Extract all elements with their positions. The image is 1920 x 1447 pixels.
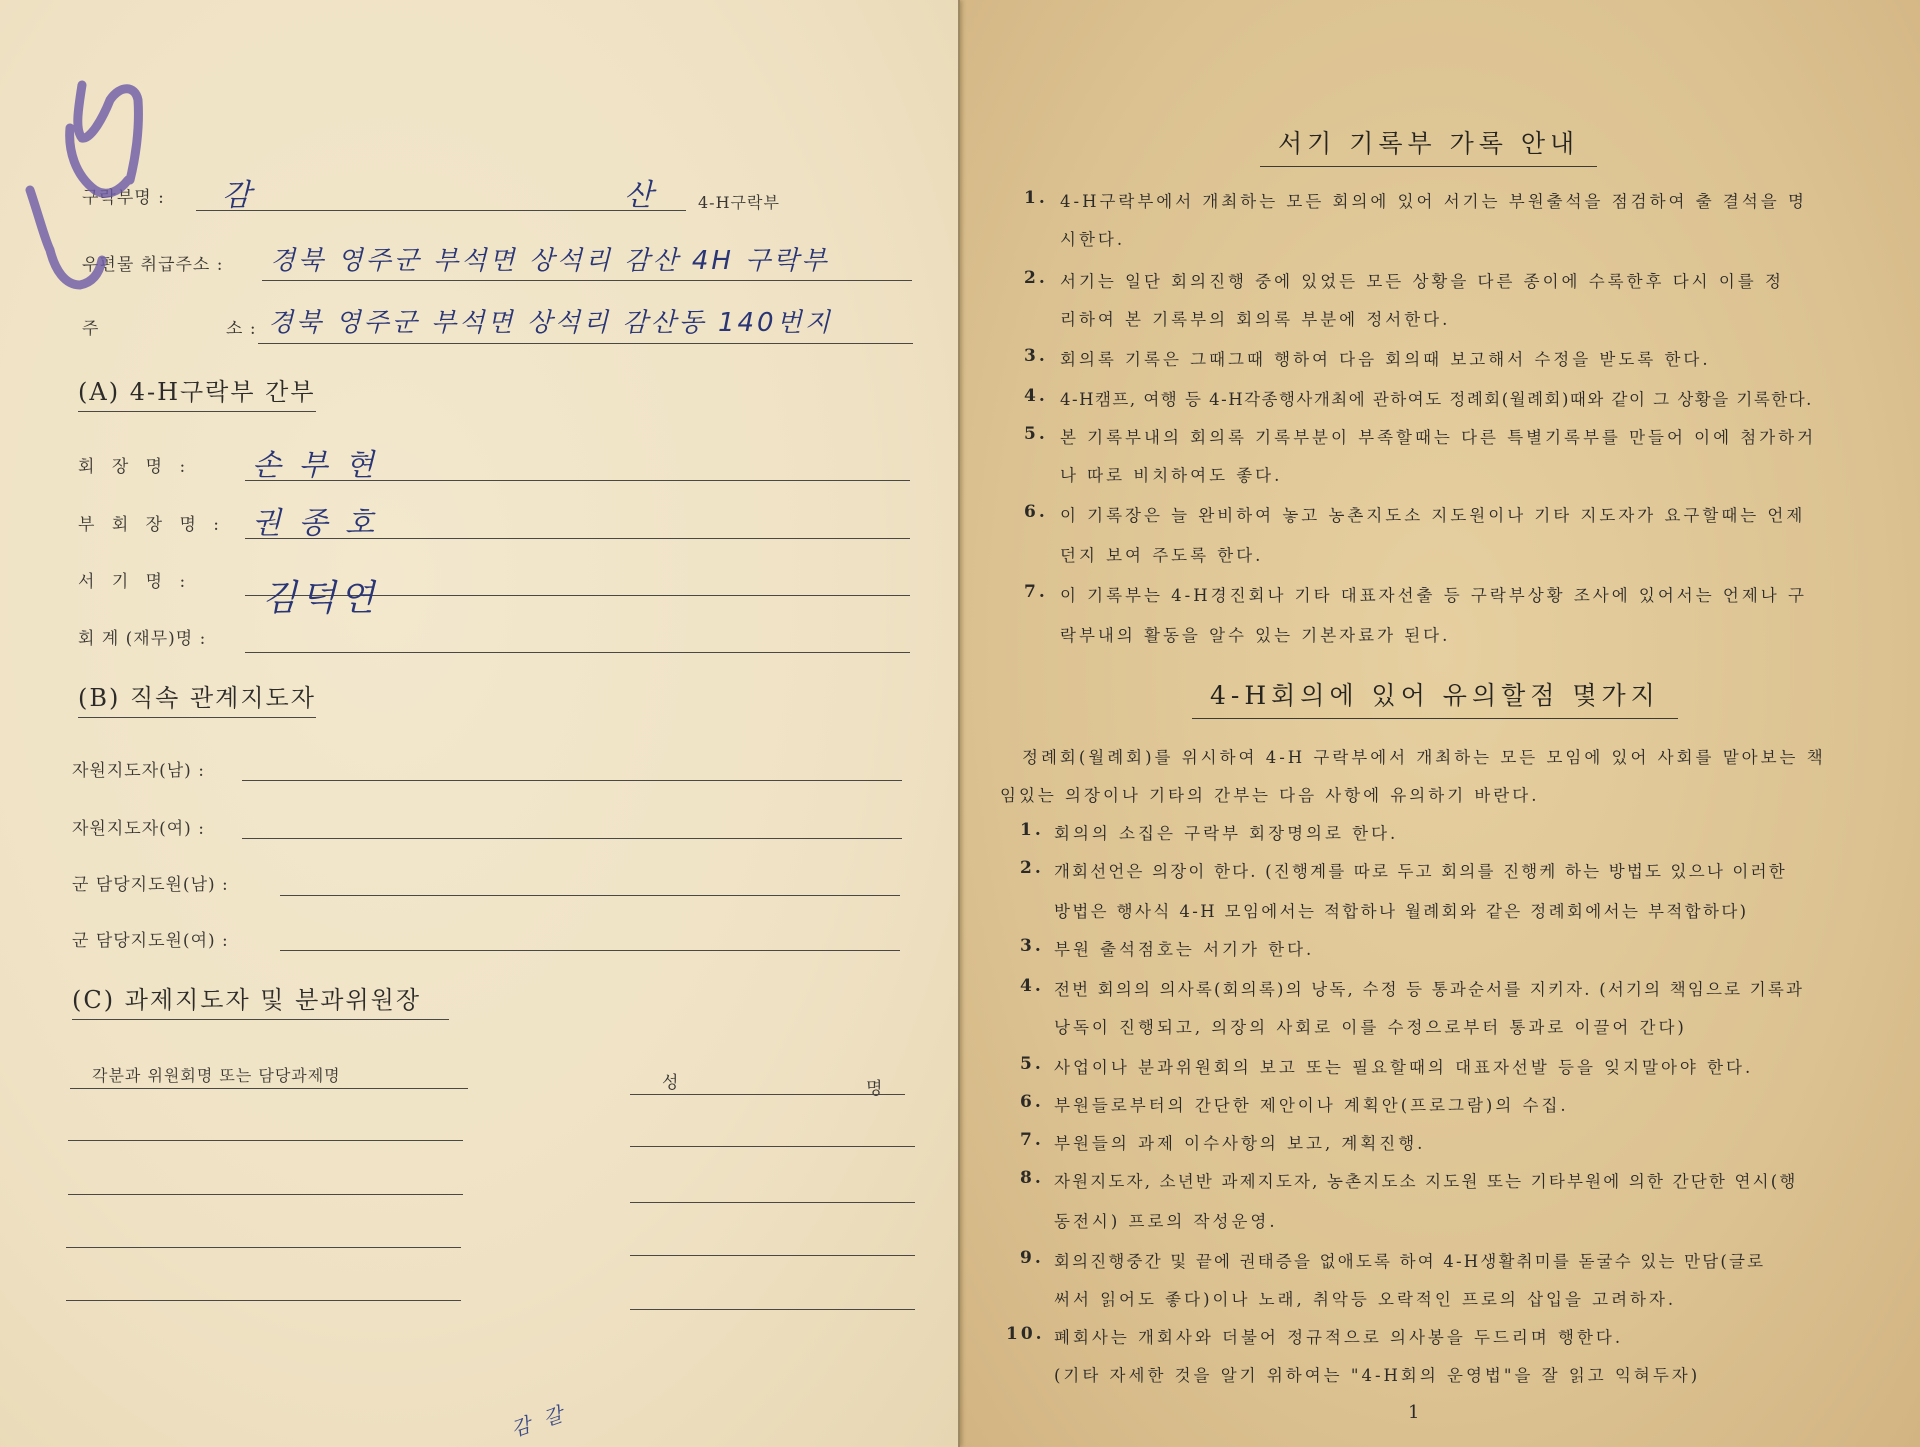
vice-president-label: 부 회 장 명 :	[78, 510, 225, 535]
note-5-num: 5.	[1020, 1054, 1044, 1074]
note-9-num: 9.	[1020, 1248, 1044, 1268]
volunteer-leader-female-underline[interactable]	[242, 838, 902, 839]
county-advisor-female-underline[interactable]	[280, 950, 900, 951]
notes-intro-line-2: 임있는 의장이나 기타의 간부는 다음 사항에 유의하기 바란다.	[1000, 782, 1539, 806]
secretary-value[interactable]: 김덕연	[262, 570, 378, 621]
mailing-address-value[interactable]: 경북 영주군 부석면 상석리 감산 4H 구락부	[270, 240, 830, 277]
guide-item-4-num: 4.	[1024, 386, 1048, 406]
task-row-3-line[interactable]	[66, 1247, 461, 1248]
note-6-num: 6.	[1020, 1092, 1044, 1112]
name-column-header-b: 명	[866, 1074, 883, 1099]
club-name-value-end[interactable]: 산	[624, 170, 657, 214]
task-column-header: 각분과 위원회명 또는 담당과제명	[92, 1063, 341, 1086]
note-4-num: 4.	[1020, 976, 1044, 996]
purple-crayon-mark-icon	[20, 40, 160, 300]
note-2-num: 2.	[1020, 858, 1044, 878]
guide-item-3-num: 3.	[1024, 346, 1048, 366]
address-label-a: 주	[82, 314, 99, 339]
guide-item-6-num: 6.	[1024, 502, 1048, 522]
guide-item-2-num: 2.	[1024, 268, 1048, 288]
address-label-b: 소 :	[226, 314, 257, 339]
volunteer-leader-male-label: 자원지도자(남) :	[72, 756, 205, 781]
guide-item-6-line-1: 이 기록장은 늘 완비하여 놓고 농촌지도소 지도원이나 기타 지도자가 요구할…	[1060, 502, 1805, 526]
club-name-suffix: 4-H구락부	[698, 190, 780, 213]
note-3-line-1: 부원 출석점호는 서기가 한다.	[1054, 936, 1314, 960]
guide-item-5-line-2: 나 따로 비치하여도 좋다.	[1060, 462, 1282, 486]
note-1-num: 1.	[1020, 820, 1044, 840]
county-advisor-male-label: 군 담당지도원(남) :	[72, 870, 229, 895]
guide-item-1-line-1: 4-H구락부에서 개최하는 모든 회의에 있어 서기는 부원출석을 점검하여 출…	[1060, 188, 1807, 212]
note-9-line-2: 써서 읽어도 좋다)이나 노래, 취악등 오락적인 프로의 삽입을 고려하자.	[1054, 1286, 1676, 1310]
bottom-handwritten-note: 감 갈	[507, 1397, 570, 1442]
name-row-3-line[interactable]	[630, 1255, 915, 1256]
treasurer-label: 회 계 (재무)명 :	[78, 624, 206, 649]
name-row-2-line[interactable]	[630, 1202, 915, 1203]
name-row-1-line[interactable]	[630, 1146, 915, 1147]
president-value[interactable]: 손 부 현	[252, 440, 378, 484]
guide-item-6-line-2: 던지 보여 주도록 한다.	[1060, 542, 1263, 566]
section-b-title: (B) 직속 관계지도자	[78, 678, 316, 718]
volunteer-leader-male-underline[interactable]	[242, 780, 902, 781]
guide-item-4-line-1: 4-H캠프, 여행 등 4-H각종행사개최에 관하여도 정례회(월례회)때와 같…	[1060, 386, 1813, 410]
mailing-address-underline	[262, 280, 912, 281]
guide-item-3-line-1: 회의록 기록은 그때그때 행하여 다음 회의때 보고해서 수정을 받도록 한다.	[1060, 346, 1711, 370]
task-row-4-line[interactable]	[66, 1300, 461, 1301]
note-10-line-2: (기타 자세한 것을 알기 위하여는 "4-H회의 운영법"을 잘 읽고 익혀두…	[1054, 1362, 1700, 1386]
address-value[interactable]: 경북 영주군 부석면 상석리 감산동 140번지	[268, 302, 833, 339]
name-column-header-underline	[630, 1094, 905, 1095]
note-2-line-1: 개회선언은 의장이 한다. (진행계를 따로 두고 회의를 진행케 하는 방법도…	[1054, 858, 1787, 882]
note-6-line-1: 부원들로부터의 간단한 제안이나 계획안(프로그람)의 수집.	[1054, 1092, 1569, 1116]
note-8-line-2: 동전시) 프로의 작성운영.	[1054, 1208, 1278, 1232]
note-4-line-2: 낭독이 진행되고, 의장의 사회로 이를 수정으로부터 통과로 이끌어 간다)	[1054, 1014, 1687, 1038]
note-1-line-1: 회의의 소집은 구락부 회장명의로 한다.	[1054, 820, 1398, 844]
left-page-form: 구락부명 : 감 산 4-H구락부 우편물 취급주소 : 경북 영주군 부석면 …	[0, 0, 960, 1447]
note-9-line-1: 회의진행중간 및 끝에 권태증을 없애도록 하여 4-H생활취미를 돋굴수 있는…	[1054, 1248, 1765, 1272]
guide-item-1-line-2: 시한다.	[1060, 226, 1125, 250]
address-underline	[258, 343, 913, 344]
note-2-line-2: 방법은 행사식 4-H 모임에서는 적합하나 월례회와 같은 정례회에서는 부적…	[1054, 898, 1749, 922]
note-10-num: 10.	[1006, 1324, 1045, 1344]
note-7-num: 7.	[1020, 1130, 1044, 1150]
name-column-header-a: 성	[662, 1068, 679, 1093]
president-label: 회 장 명 :	[78, 452, 191, 477]
guide-item-7-line-1: 이 기록부는 4-H경진회나 기타 대표자선출 등 구락부상황 조사에 있어서는…	[1060, 582, 1807, 606]
club-name-value-start[interactable]: 감	[222, 170, 255, 214]
note-8-num: 8.	[1020, 1168, 1044, 1188]
task-row-2-line[interactable]	[68, 1194, 463, 1195]
guide-item-5-line-1: 본 기록부내의 회의록 기록부분이 부족할때는 다른 특별기록부를 만들어 이에…	[1060, 424, 1816, 448]
county-advisor-female-label: 군 담당지도원(여) :	[72, 926, 229, 951]
guide-item-1-num: 1.	[1024, 188, 1048, 208]
notes-title: 4-H회의에 있어 유의할점 몇가지	[1192, 676, 1678, 719]
note-4-line-1: 전번 회의의 의사록(회의록)의 낭독, 수정 등 통과순서를 지키자. (서기…	[1054, 976, 1804, 1000]
guide-item-2-line-1: 서기는 일단 회의진행 중에 있었든 모든 상황을 다른 종이에 수록한후 다시…	[1060, 268, 1784, 292]
page-number: 1	[1408, 1402, 1419, 1423]
county-advisor-male-underline[interactable]	[280, 895, 900, 896]
vice-president-value[interactable]: 권 종 호	[252, 498, 378, 542]
section-a-title: (A) 4-H구락부 간부	[78, 372, 316, 412]
task-column-header-underline	[70, 1088, 468, 1089]
note-3-num: 3.	[1020, 936, 1044, 956]
guide-item-7-line-2: 락부내의 활동을 알수 있는 기본자료가 된다.	[1060, 622, 1450, 646]
guide-item-7-num: 7.	[1024, 582, 1048, 602]
name-row-4-line[interactable]	[630, 1309, 915, 1310]
club-name-underline	[196, 210, 686, 211]
note-10-line-1: 폐회사는 개회사와 더불어 정규적으로 의사봉을 두드리며 행한다.	[1054, 1324, 1623, 1348]
treasurer-underline[interactable]	[245, 652, 910, 653]
secretary-label: 서 기 명 :	[78, 567, 191, 592]
note-8-line-1: 자원지도자, 소년반 과제지도자, 농촌지도소 지도원 또는 기타부원에 의한 …	[1054, 1168, 1798, 1192]
guide-item-2-line-2: 리하여 본 기록부의 회의록 부분에 정서한다.	[1060, 306, 1450, 330]
section-c-title: (C) 과제지도자 및 분과위원장	[72, 980, 449, 1020]
right-page-guide: 서기 기록부 가록 안내 1. 4-H구락부에서 개최하는 모든 회의에 있어 …	[958, 0, 1920, 1447]
volunteer-leader-female-label: 자원지도자(여) :	[72, 814, 205, 839]
notes-intro-line-1: 정례회(월례회)를 위시하여 4-H 구락부에서 개최하는 모든 모임에 있어 …	[1022, 744, 1826, 768]
note-5-line-1: 사업이나 분과위원회의 보고 또는 필요할때의 대표자선발 등을 잊지말아야 한…	[1054, 1054, 1753, 1078]
note-7-line-1: 부원들의 과제 이수사항의 보고, 계획진행.	[1054, 1130, 1425, 1154]
task-row-1-line[interactable]	[68, 1140, 463, 1141]
guide-title: 서기 기록부 가록 안내	[1260, 124, 1597, 167]
guide-item-5-num: 5.	[1024, 424, 1048, 444]
